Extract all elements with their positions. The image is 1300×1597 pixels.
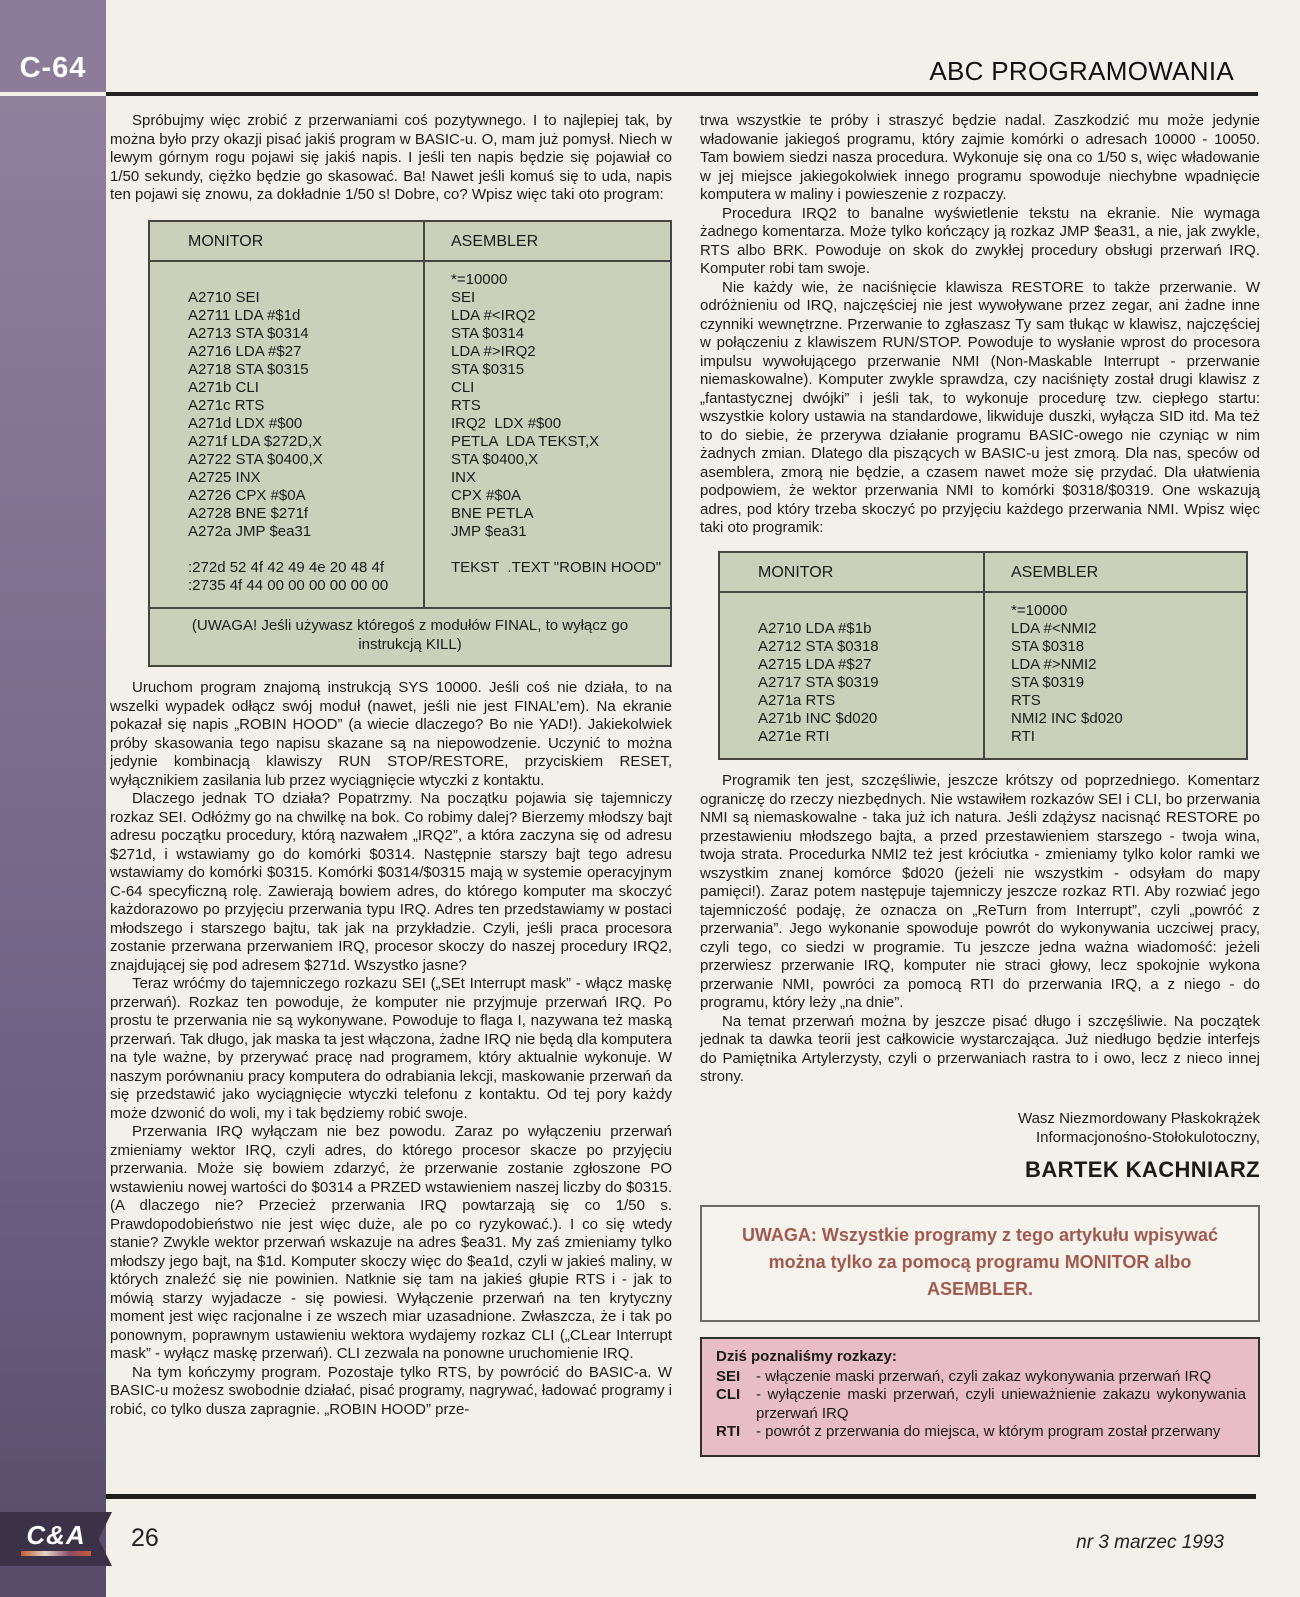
code-cell: A271f LDA $272D,X [150,433,423,451]
code-row: A271b CLICLI [150,379,670,397]
code-cell: A271c RTS [150,397,423,415]
command-term: RTI [716,1423,756,1442]
code-cell: :2735 4f 44 00 00 00 00 00 00 [150,577,423,595]
issue-label: nr 3 marzec 1993 [1076,1532,1224,1554]
code-table-header: MONITOR ASEMBLER [150,222,670,263]
code-cell: CLI [423,379,670,397]
code-cell: LDA #<IRQ2 [423,307,670,325]
code-cell: STA $0319 [983,674,1246,692]
code-cell [150,271,423,289]
code-cell: A2726 CPX #$0A [150,487,423,505]
code-cell: A2725 INX [150,469,423,487]
column-header-monitor: MONITOR [720,553,983,592]
code-row: A2711 LDA #$1dLDA #<IRQ2 [150,307,670,325]
magazine-logo: C&A [0,1512,112,1566]
paragraph: Programik ten jest, szczęśliwie, jeszcze… [700,772,1260,1013]
code-listing-table-irq: MONITOR ASEMBLER *=10000A2710 SEISEIA271… [148,220,672,668]
code-cell [423,541,670,559]
code-cell: A2722 STA $0400,X [150,451,423,469]
code-row: A2710 SEISEI [150,289,670,307]
notice-text: UWAGA: Wszystkie programy z tego artykuł… [742,1225,1218,1299]
command-term: SEI [716,1368,756,1387]
code-row: :272d 52 4f 42 49 4e 20 48 4fTEKST .TEXT… [150,559,670,577]
code-cell: LDA #>IRQ2 [423,343,670,361]
code-cell: A2716 LDA #$27 [150,343,423,361]
sidebar-strip [0,0,106,1597]
code-row: A2717 STA $0319STA $0319 [720,674,1246,692]
paragraph: Spróbujmy więc zrobić z przerwaniami coś… [110,112,672,205]
notice-box: UWAGA: Wszystkie programy z tego artykuł… [700,1205,1260,1322]
code-cell: STA $0315 [423,361,670,379]
code-cell: A271b CLI [150,379,423,397]
code-row: A2718 STA $0315STA $0315 [150,361,670,379]
code-cell: NMI2 INC $d020 [983,710,1246,728]
code-row: A2713 STA $0314STA $0314 [150,325,670,343]
code-cell: RTI [983,728,1246,746]
code-cell: RTS [423,397,670,415]
code-cell: TEKST .TEXT "ROBIN HOOD" [423,559,670,577]
code-cell: STA $0318 [983,638,1246,656]
code-cell: LDA #>NMI2 [983,656,1246,674]
command-entry: SEI - włączenie maski przerwań, czyli za… [716,1368,1246,1387]
code-cell: INX [423,469,670,487]
paragraph: Uruchom program znajomą instrukcją SYS 1… [110,679,672,790]
code-cell: A2712 STA $0318 [720,638,983,656]
section-tab-c64: C-64 [0,52,106,85]
code-row: A271d LDX #$00IRQ2 LDX #$00 [150,415,670,433]
column-header-monitor: MONITOR [150,222,423,261]
code-table-body: *=10000A2710 LDA #$1bLDA #<NMI2A2712 STA… [720,593,1246,758]
column-header-asembler: ASEMBLER [983,553,1246,592]
code-row: A271a RTSRTS [720,692,1246,710]
code-cell: A271d LDX #$00 [150,415,423,433]
code-cell: JMP $ea31 [423,523,670,541]
code-cell: SEI [423,289,670,307]
code-cell: LDA #<NMI2 [983,620,1246,638]
code-cell: A2710 SEI [150,289,423,307]
code-cell: STA $0400,X [423,451,670,469]
code-cell: IRQ2 LDX #$00 [423,415,670,433]
command-description: - powrót z przerwania do miejsca, w któr… [756,1423,1246,1442]
paragraph: Nie każdy wie, że naciśnięcie klawisza R… [700,279,1260,538]
code-row: A272a JMP $ea31JMP $ea31 [150,523,670,541]
code-table-header: MONITOR ASEMBLER [720,553,1246,594]
commands-box-title: Dziś poznaliśmy rozkazy: [716,1348,1246,1367]
code-cell: :272d 52 4f 42 49 4e 20 48 4f [150,559,423,577]
paragraph-continuation: trwa wszystkie te próby i straszyć będzi… [700,112,1260,205]
code-cell: STA $0314 [423,325,670,343]
code-cell: *=10000 [423,271,670,289]
code-cell: A2710 LDA #$1b [720,620,983,638]
code-cell: A2728 BNE $271f [150,505,423,523]
page-number: 26 [131,1524,159,1553]
code-cell: A2711 LDA #$1d [150,307,423,325]
code-row: A271b INC $d020NMI2 INC $d020 [720,710,1246,728]
code-cell: A271a RTS [720,692,983,710]
code-listing-table-nmi: MONITOR ASEMBLER *=10000A2710 LDA #$1bLD… [718,551,1248,761]
magazine-logo-text: C&A [26,1522,85,1548]
command-entry: CLI - wyłączenie maski przerwań, czyli u… [716,1386,1246,1423]
code-row: A2715 LDA #$27LDA #>NMI2 [720,656,1246,674]
left-column: Spróbujmy więc zrobić z przerwaniami coś… [110,112,672,1494]
code-table-note: (UWAGA! Jeśli używasz któregoś z modułów… [150,607,670,665]
code-cell: PETLA LDA TEKST,X [423,433,670,451]
command-term: CLI [716,1386,756,1423]
commands-summary-box: Dziś poznaliśmy rozkazy: SEI - włączenie… [700,1337,1260,1457]
command-description: - wyłączenie maski przerwań, czyli uniew… [756,1386,1246,1423]
code-row: A2712 STA $0318STA $0318 [720,638,1246,656]
column-header-asembler: ASEMBLER [423,222,670,261]
magazine-page: C-64 ABC PROGRAMOWANIA Spróbujmy więc zr… [0,0,1300,1597]
paragraph: Na temat przerwań można by jeszcze pisać… [700,1013,1260,1087]
code-row: A271c RTSRTS [150,397,670,415]
code-row: A2710 LDA #$1bLDA #<NMI2 [720,620,1246,638]
code-row: A271e RTIRTI [720,728,1246,746]
code-cell [720,602,983,620]
code-cell: A272a JMP $ea31 [150,523,423,541]
signature-block: Wasz Niezmordowany Płaskokrążek Informac… [700,1109,1260,1147]
right-column: trwa wszystkie te próby i straszyć będzi… [700,112,1260,1494]
logo-stripes [21,1551,91,1556]
code-row [150,541,670,559]
code-row: A2725 INXINX [150,469,670,487]
command-description: - włączenie maski przerwań, czyli zakaz … [756,1368,1246,1387]
code-cell: A2718 STA $0315 [150,361,423,379]
header-rule [106,92,1258,96]
code-cell: BNE PETLA [423,505,670,523]
code-cell: CPX #$0A [423,487,670,505]
code-row: A2728 BNE $271fBNE PETLA [150,505,670,523]
paragraph: Teraz wróćmy do tajemniczego rozkazu SEI… [110,975,672,1123]
code-row: A2722 STA $0400,XSTA $0400,X [150,451,670,469]
code-cell: RTS [983,692,1246,710]
code-cell: A271b INC $d020 [720,710,983,728]
code-row: A2726 CPX #$0ACPX #$0A [150,487,670,505]
code-cell [423,577,670,595]
paragraph: Przerwania IRQ wyłączam nie bez powodu. … [110,1123,672,1364]
code-row: *=10000 [150,271,670,289]
code-cell: A2713 STA $0314 [150,325,423,343]
paragraph: Na tym kończymy program. Pozostaje tylko… [110,1364,672,1420]
code-cell: A2715 LDA #$27 [720,656,983,674]
code-row: A271f LDA $272D,XPETLA LDA TEKST,X [150,433,670,451]
code-row: A2716 LDA #$27LDA #>IRQ2 [150,343,670,361]
code-table-body: *=10000A2710 SEISEIA2711 LDA #$1dLDA #<I… [150,262,670,607]
page-title: ABC PROGRAMOWANIA [929,56,1234,87]
sidebar-divider [0,92,106,96]
footer-rule [106,1494,1256,1499]
code-row: :2735 4f 44 00 00 00 00 00 00 [150,577,670,595]
code-cell: A2717 STA $0319 [720,674,983,692]
code-cell: A271e RTI [720,728,983,746]
code-cell [150,541,423,559]
signature-line: Wasz Niezmordowany Płaskokrążek [700,1109,1260,1128]
paragraph: Procedura IRQ2 to banalne wyświetlenie t… [700,205,1260,279]
signature-line: Informacjonośno-Stołokulotoczny, [700,1128,1260,1147]
code-cell: *=10000 [983,602,1246,620]
paragraph: Dlaczego jednak TO działa? Popatrzmy. Na… [110,790,672,975]
command-entry: RTI - powrót z przerwania do miejsca, w … [716,1423,1246,1442]
author-name: BARTEK KACHNIARZ [700,1161,1260,1180]
code-row: *=10000 [720,602,1246,620]
